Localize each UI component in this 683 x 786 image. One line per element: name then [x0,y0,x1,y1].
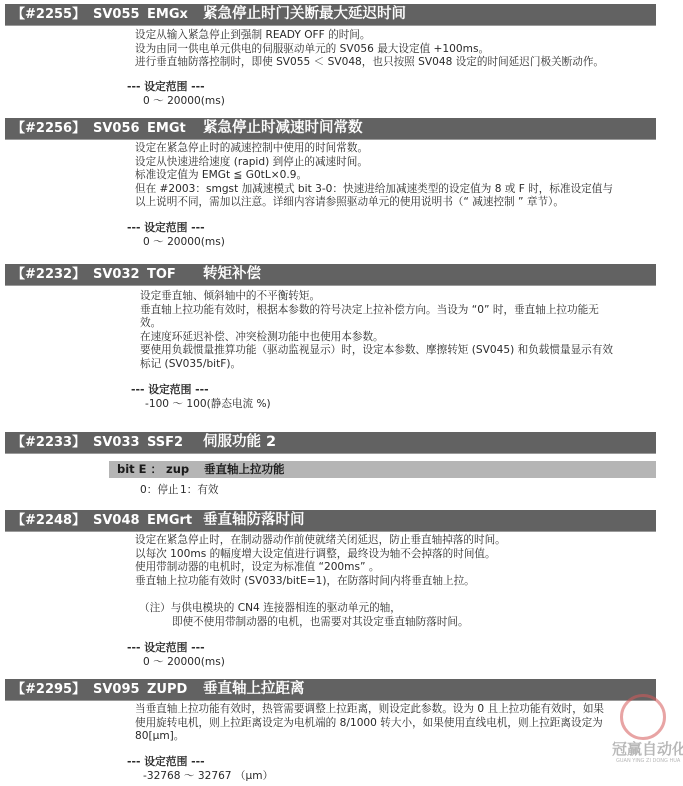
param-code: SV055 [93,4,140,25]
desc-line: 标记 (SV035/bitF)。 [140,358,670,372]
desc-line: 要使用负载惯量推算功能（驱动监视显示）时，设定本参数、摩擦转矩 (SV045) … [140,344,670,358]
param-code: SV095 [93,679,140,700]
desc-line: 设定从输入紧急停止到强制 READY OFF 的时间。 [135,29,665,43]
bit-option-0: 0：停止 [140,482,179,497]
desc-line: 设定在紧急停止时，在制动器动作前使就绪关闭延迟，防止垂直轴掉落的时间。 [135,534,665,548]
desc-line: 设为由同一供电单元供电的伺服驱动单元的 SV056 最大设定值 +100ms。 [135,43,665,57]
range-label: --- 设定范围 --- [127,79,205,94]
param-header: 【#2295】 SV095 ZUPD 垂直轴上拉距离 [5,679,656,700]
bit-option-1: 1：有效 [180,482,219,497]
param-title: 转矩补偿 [203,264,261,285]
param-title: 紧急停止时门关断最大延迟时间 [203,4,406,25]
desc-line: 进行垂直轴防落控制时，即使 SV055 ＜ SV048，也只按照 SV048 设… [135,56,665,70]
desc-line: 效。 [140,317,670,331]
desc-line: 标准设定值为 EMGt ≦ G0tL×0.9。 [135,169,665,183]
desc-line: 使用旋转电机，则上拉距离设定为电机端的 8/1000 转大小，如果使用直线电机，… [135,717,665,731]
watermark-circle-icon [620,694,666,740]
param-number: 【#2248】 [12,510,85,531]
param-header: 【#2233】 SV033 SSF2 伺服功能 2 [5,432,656,453]
param-description: 设定垂直轴、倾斜轴中的不平衡转矩。 垂直轴上拉功能有效时，根据本参数的符号决定上… [140,290,670,372]
param-description: 当垂直轴上拉功能有效时，热管需要调整上拉距离，则设定此参数。设为 0 且上拉功能… [135,703,665,744]
param-abbr: SSF2 [147,432,183,453]
param-number: 【#2255】 [12,4,85,25]
param-code: SV056 [93,118,140,139]
desc-line: 设定垂直轴、倾斜轴中的不平衡转矩。 [140,290,670,304]
param-code: SV048 [93,510,140,531]
desc-line: 垂直轴上拉功能有效时，根据本参数的符号决定上拉补偿方向。当设为 “0” 时，垂直… [140,304,670,318]
param-number: 【#2256】 [12,118,85,139]
param-number: 【#2233】 [12,432,85,453]
note-line: （注）与供电模块的 CN4 连接器相连的驱动单元的轴， [139,602,401,616]
desc-line: 但在 #2003：smgst 加减速模式 bit 3-0：快速进给加减速类型的设… [135,183,665,197]
range-value: 0 ～ 20000(ms) [143,234,225,249]
range-label: --- 设定范围 --- [127,220,205,235]
watermark-text: 冠赢自动化 [612,738,683,759]
desc-line: 以上说明不同，需加以注意。详细内容请参照驱动单元的使用说明书（“ 减速控制 ” … [135,196,665,210]
desc-line: 使用带制动器的电机时，设定为标准值 “200ms” 。 [135,561,665,575]
desc-line: 以每次 100ms 的幅度增大设定值进行调整，最终设为轴不会掉落的时间值。 [135,548,665,562]
watermark-subtext: GUAN YING ZI DONG HUA [616,758,680,764]
note-line: 即使不使用带制动器的电机，也需要对其设定垂直轴防落时间。 [172,616,469,630]
param-description: 设定在紧急停止时，在制动器动作前使就绪关闭延迟，防止垂直轴掉落的时间。 以每次 … [135,534,665,588]
range-value: 0 ～ 20000(ms) [143,93,225,108]
bit-name: 垂直轴上拉功能 [204,461,285,478]
param-header: 【#2232】 SV032 TOF 转矩补偿 [5,264,656,285]
param-code: SV032 [93,264,140,285]
param-code: SV033 [93,432,140,453]
range-value: 0 ～ 20000(ms) [143,654,225,669]
param-abbr: EMGt [147,118,186,139]
param-abbr: EMGrt [147,510,192,531]
desc-line: 80[μm]。 [135,730,665,744]
param-description: 设定在紧急停止时的减速控制中使用的时间常数。 设定从快速进给速度 (rapid)… [135,142,665,210]
param-abbr: ZUPD [147,679,187,700]
param-header: 【#2255】 SV055 EMGx 紧急停止时门关断最大延迟时间 [5,4,656,25]
desc-line: 设定在紧急停止时的减速控制中使用的时间常数。 [135,142,665,156]
param-title: 伺服功能 2 [203,432,276,453]
watermark-logo: 冠赢自动化 GUAN YING ZI DONG HUA [612,690,683,786]
param-abbr: TOF [147,264,176,285]
desc-line: 当垂直轴上拉功能有效时，热管需要调整上拉距离，则设定此参数。设为 0 且上拉功能… [135,703,665,717]
param-number: 【#2232】 [12,264,85,285]
param-description: 设定从输入紧急停止到强制 READY OFF 的时间。 设为由同一供电单元供电的… [135,29,665,70]
param-header: 【#2256】 SV056 EMGt 紧急停止时减速时间常数 [5,118,656,139]
range-label: --- 设定范围 --- [127,754,205,769]
param-title: 垂直轴上拉距离 [203,679,305,700]
param-title: 垂直轴防落时间 [203,510,305,531]
bit-definition-bar: bit E ： zup 垂直轴上拉功能 [109,461,656,478]
desc-line: 设定从快速进给速度 (rapid) 到停止的减速时间。 [135,156,665,170]
desc-line: 垂直轴上拉功能有效时 (SV033/bitE=1)，在防落时间内将垂直轴上拉。 [135,575,665,589]
bit-label: bit E ： zup [117,461,189,478]
param-title: 紧急停止时减速时间常数 [203,118,363,139]
range-value: -32768 ～ 32767 （μm） [143,768,273,783]
param-number: 【#2295】 [12,679,85,700]
range-value: -100 ～ 100(静态电流 %) [145,396,271,411]
desc-line: 在速度环延迟补偿、冲突检测功能中也使用本参数。 [140,331,670,345]
range-label: --- 设定范围 --- [127,640,205,655]
param-header: 【#2248】 SV048 EMGrt 垂直轴防落时间 [5,510,656,531]
range-label: --- 设定范围 --- [131,382,209,397]
param-abbr: EMGx [147,4,188,25]
